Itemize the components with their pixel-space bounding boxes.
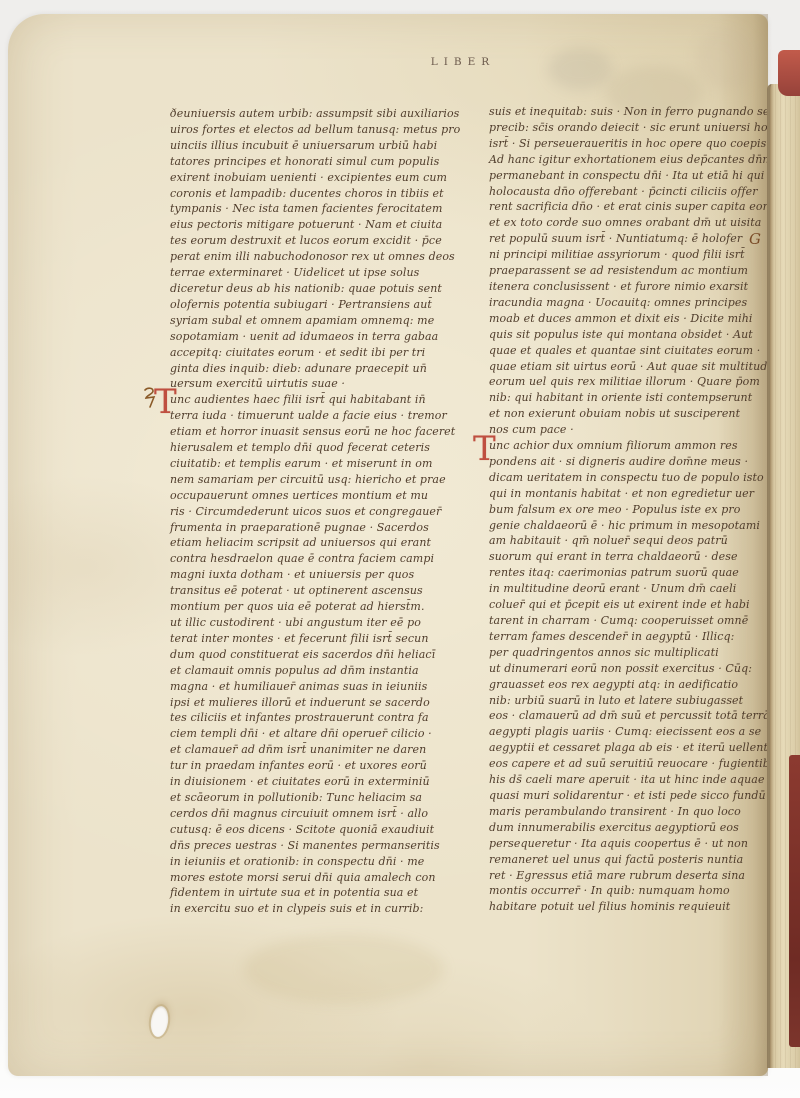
text-line: itenera conclusissent · et furore nimio … bbox=[489, 279, 751, 295]
text-line: precib: sc̄is orando deiecit · sic erunt… bbox=[489, 120, 751, 136]
text-line: moab et duces ammon et dixit eis · Dicit… bbox=[489, 311, 751, 327]
text-line: ipsi et mulieres illorū et induerunt se … bbox=[170, 695, 448, 711]
text-line: qui in montanis habitat · et non egredie… bbox=[489, 486, 751, 502]
text-line: tympanis · Nec ista tamen facientes fero… bbox=[170, 201, 448, 217]
text-line: am habitauit · qm̄ noluer̄ sequi deos pa… bbox=[489, 533, 751, 549]
text-line: et clamauit omnis populus ad dn̄m instan… bbox=[170, 663, 448, 679]
text-line: eos · clamauerū ad dm̄ suū et percussit … bbox=[489, 708, 751, 724]
text-line: quae etiam sit uirtus eorū · Aut quae si… bbox=[489, 359, 751, 375]
text-line: uinciis illius incubuit ē uniuersarum ur… bbox=[170, 138, 448, 154]
text-line: mores estote morsi serui dn̄i quia amale… bbox=[170, 870, 448, 886]
text-line: transitus eē poterat · ut optinerent asc… bbox=[170, 583, 448, 599]
text-line: coluer̄ qui et p̄cepit eis ut exirent in… bbox=[489, 597, 751, 613]
text-line: sopotamiam · uenit ad idumaeos in terra … bbox=[170, 329, 448, 345]
text-line: ret populū suum isrt̄ · Nuntiatumq: ē ho… bbox=[489, 231, 751, 247]
text-line: tarent in charram · Cumq: cooperuisset o… bbox=[489, 613, 751, 629]
text-line: quasi muri solidarentur · et isti pede s… bbox=[489, 788, 751, 804]
text-line: montis occurrer̄ · In quib: numquam homo bbox=[489, 883, 751, 899]
text-line: syriam subal et omnem apamiam omnemq: me bbox=[170, 313, 448, 329]
text-line: ret · Egressus etiā mare rubrum deserta … bbox=[489, 868, 751, 884]
text-line: diceretur deus ab his nationib: quae pot… bbox=[170, 281, 448, 297]
text-line: frumenta in praeparationē pugnae · Sacer… bbox=[170, 520, 448, 536]
text-line: occupauerunt omnes uertices montium et m… bbox=[170, 488, 448, 504]
text-line: nem samariam per circuitū usq: hiericho … bbox=[170, 472, 448, 488]
text-line: exirent inobuiam uenienti · excipientes … bbox=[170, 170, 448, 186]
text-line: his ds̄ caeli mare aperuit · ita ut hinc… bbox=[489, 772, 751, 788]
text-line: bum falsum ex ore meo · Populus iste ex … bbox=[489, 502, 751, 518]
text-line: contra hesdraelon quae ē contra faciem c… bbox=[170, 551, 448, 567]
text-line: uersum exercitū uirtutis suae · bbox=[170, 376, 448, 392]
text-line: rent sacrificia dn̄o · et erat cinis sup… bbox=[489, 199, 751, 215]
text-line: ciuitatib: et templis earum · et miserun… bbox=[170, 456, 448, 472]
text-line: ris · Circumdederunt uicos suos et congr… bbox=[170, 504, 448, 520]
rubric-initial-right: T bbox=[473, 432, 496, 466]
text-line: in multitudine deorū erant · Unum dm̄ ca… bbox=[489, 581, 751, 597]
text-line: magni iuxta dotham · et uniuersis per qu… bbox=[170, 567, 448, 583]
text-line: persequeretur · Ita aquis coopertus ē · … bbox=[489, 836, 751, 852]
text-column-left: ðeuniuersis autem urbib: assumpsit sibi … bbox=[170, 106, 448, 917]
text-line: ginta dies inquib: dieb: adunare praecep… bbox=[170, 361, 448, 377]
text-line: tes eorum destruxit et lucos eorum excid… bbox=[170, 233, 448, 249]
text-line: pondens ait · si digneris audire dom̄ne … bbox=[489, 454, 751, 470]
text-line: tatores principes et honorati simul cum … bbox=[170, 154, 448, 170]
text-line: in exercitu suo et in clypeis suis et in… bbox=[170, 901, 448, 917]
text-line: habitare potuit uel filius hominis requi… bbox=[489, 899, 751, 915]
text-line: suis et inequitab: suis · Non in ferro p… bbox=[489, 104, 751, 120]
text-line: dn̄s preces uestras · Si manentes perman… bbox=[170, 838, 448, 854]
text-line: coronis et lampadib: ducentes choros in … bbox=[170, 186, 448, 202]
text-line: iracundia magna · Uocauitq: omnes princi… bbox=[489, 295, 751, 311]
text-line: terra iuda · timuerunt ualde a facie eiu… bbox=[170, 408, 448, 424]
binding-red-top bbox=[778, 50, 800, 96]
running-title: LIBER bbox=[408, 56, 518, 68]
text-line: etiam heliacim scripsit ad uniuersos qui… bbox=[170, 535, 448, 551]
text-line: ni principi militiae assyriorum · quod f… bbox=[489, 247, 751, 263]
stain bbox=[548, 48, 612, 90]
text-line: quae et quales et quantae sint ciuitates… bbox=[489, 343, 751, 359]
text-line: montium per quos uia eē poterat ad hiers… bbox=[170, 599, 448, 615]
margin-response-mark-icon bbox=[142, 386, 158, 410]
manuscript-photograph: LIBER ðeuniuersis autem urbib: assumpsit… bbox=[0, 0, 800, 1098]
text-line: quis sit populus iste qui montana obside… bbox=[489, 327, 751, 343]
text-line: etiam et horror inuasit sensus eorū ne h… bbox=[170, 424, 448, 440]
text-line: maris perambulando transirent · In quo l… bbox=[489, 804, 751, 820]
text-line: cerdos dn̄i magnus circuiuit omnem isrt̄… bbox=[170, 806, 448, 822]
text-line: perat enim illi nabuchodonosor rex ut om… bbox=[170, 249, 448, 265]
text-line: fidentem in uirtute sua et in potentia s… bbox=[170, 885, 448, 901]
text-line: terrae exterminaret · Uidelicet ut ipse … bbox=[170, 265, 448, 281]
text-line: eius pectoris mitigare potuerunt · Nam e… bbox=[170, 217, 448, 233]
text-line: terram fames descender̄ in aegyptū · Ill… bbox=[489, 629, 751, 645]
text-line: nib: qui habitant in oriente isti contem… bbox=[489, 390, 751, 406]
text-line: magna · et humiliauer̄ animas suas in ie… bbox=[170, 679, 448, 695]
text-line: uiros fortes et electos ad bellum tanusq… bbox=[170, 122, 448, 138]
stain bbox=[244, 934, 444, 1004]
text-line: et ex toto corde suo omnes orabant dm̄ u… bbox=[489, 215, 751, 231]
text-line: unc achior dux omnium filiorum ammon res bbox=[489, 438, 751, 454]
text-line: eos capere et ad suū seruitiū reuocare ·… bbox=[489, 756, 751, 772]
text-line: dicam ueritatem in conspectu tuo de popu… bbox=[489, 470, 751, 486]
text-line: olofernis potentia subiugari · Pertransi… bbox=[170, 297, 448, 313]
text-line: rentes itaq: caerimonias patrum suorū qu… bbox=[489, 565, 751, 581]
text-line: ciem templi dn̄i · et altare dn̄i operue… bbox=[170, 726, 448, 742]
text-line: permanebant in conspectu dn̄i · Ita ut e… bbox=[489, 168, 751, 184]
text-line: ðeuniuersis autem urbib: assumpsit sibi … bbox=[170, 106, 448, 122]
stain bbox=[696, 26, 760, 90]
text-line: et clamauer̄ ad dn̄m isrt̄ unanimiter ne… bbox=[170, 742, 448, 758]
text-line: aegyptii et cessaret plaga ab eis · et i… bbox=[489, 740, 751, 756]
text-line: hierusalem et templo dn̄i quod fecerat c… bbox=[170, 440, 448, 456]
text-line: holocausta dn̄o offerebant · p̄cincti ci… bbox=[489, 184, 751, 200]
margin-g-mark: G bbox=[749, 232, 761, 247]
text-line: et scāeorum in pollutionib: Tunc heliaci… bbox=[170, 790, 448, 806]
text-line: ut illic custodirent · ubi angustum iter… bbox=[170, 615, 448, 631]
text-line: per quadringentos annos sic multiplicati bbox=[489, 645, 751, 661]
text-line: in diuisionem · et ciuitates eorū in ext… bbox=[170, 774, 448, 790]
text-line: et non exierunt obuiam nobis ut susciper… bbox=[489, 406, 751, 422]
text-line: cutusq: ē eos dicens · Scitote quoniā ex… bbox=[170, 822, 448, 838]
text-line: unc audientes haec filii isrt̄ qui habit… bbox=[170, 392, 448, 408]
text-line: ut dinumerari eorū non possit exercitus … bbox=[489, 661, 751, 677]
text-line: terat inter montes · et fecerunt filii i… bbox=[170, 631, 448, 647]
text-line: Ad hanc igitur exhortationem eius dep̄ca… bbox=[489, 152, 751, 168]
text-line: dum innumerabilis exercitus aegyptiorū e… bbox=[489, 820, 751, 836]
text-line: remaneret uel unus qui factū posteris nu… bbox=[489, 852, 751, 868]
text-line: nos cum pace · bbox=[489, 422, 751, 438]
text-line: accepitq: ciuitates eorum · et sedit ibi… bbox=[170, 345, 448, 361]
text-line: grauasset eos rex aegypti atq: in aedifi… bbox=[489, 677, 751, 693]
text-line: tur in praedam infantes eorū · et uxores… bbox=[170, 758, 448, 774]
text-line: praeparassent se ad resistendum ac monti… bbox=[489, 263, 751, 279]
text-line: aegypti plagis uariis · Cumq: eiecissent… bbox=[489, 724, 751, 740]
binding-red-strip bbox=[789, 755, 800, 1047]
text-line: suorum qui erant in terra chaldaeorū · d… bbox=[489, 549, 751, 565]
text-line: nib: urbiū suarū in luto et latere subiu… bbox=[489, 693, 751, 709]
text-line: genie chaldaeorū ē · hic primum in mesop… bbox=[489, 518, 751, 534]
text-line: dum quod constituerat eis sacerdos dn̄i … bbox=[170, 647, 448, 663]
text-line: eorum uel quis rex militiae illorum · Qu… bbox=[489, 374, 751, 390]
text-line: isrt̄ · Si perseueraueritis in hoc opere… bbox=[489, 136, 751, 152]
text-column-right: suis et inequitab: suis · Non in ferro p… bbox=[489, 104, 751, 915]
text-line: tes ciliciis et infantes prostrauerunt c… bbox=[170, 710, 448, 726]
text-line: in ieiuniis et orationib: in conspectu d… bbox=[170, 854, 448, 870]
